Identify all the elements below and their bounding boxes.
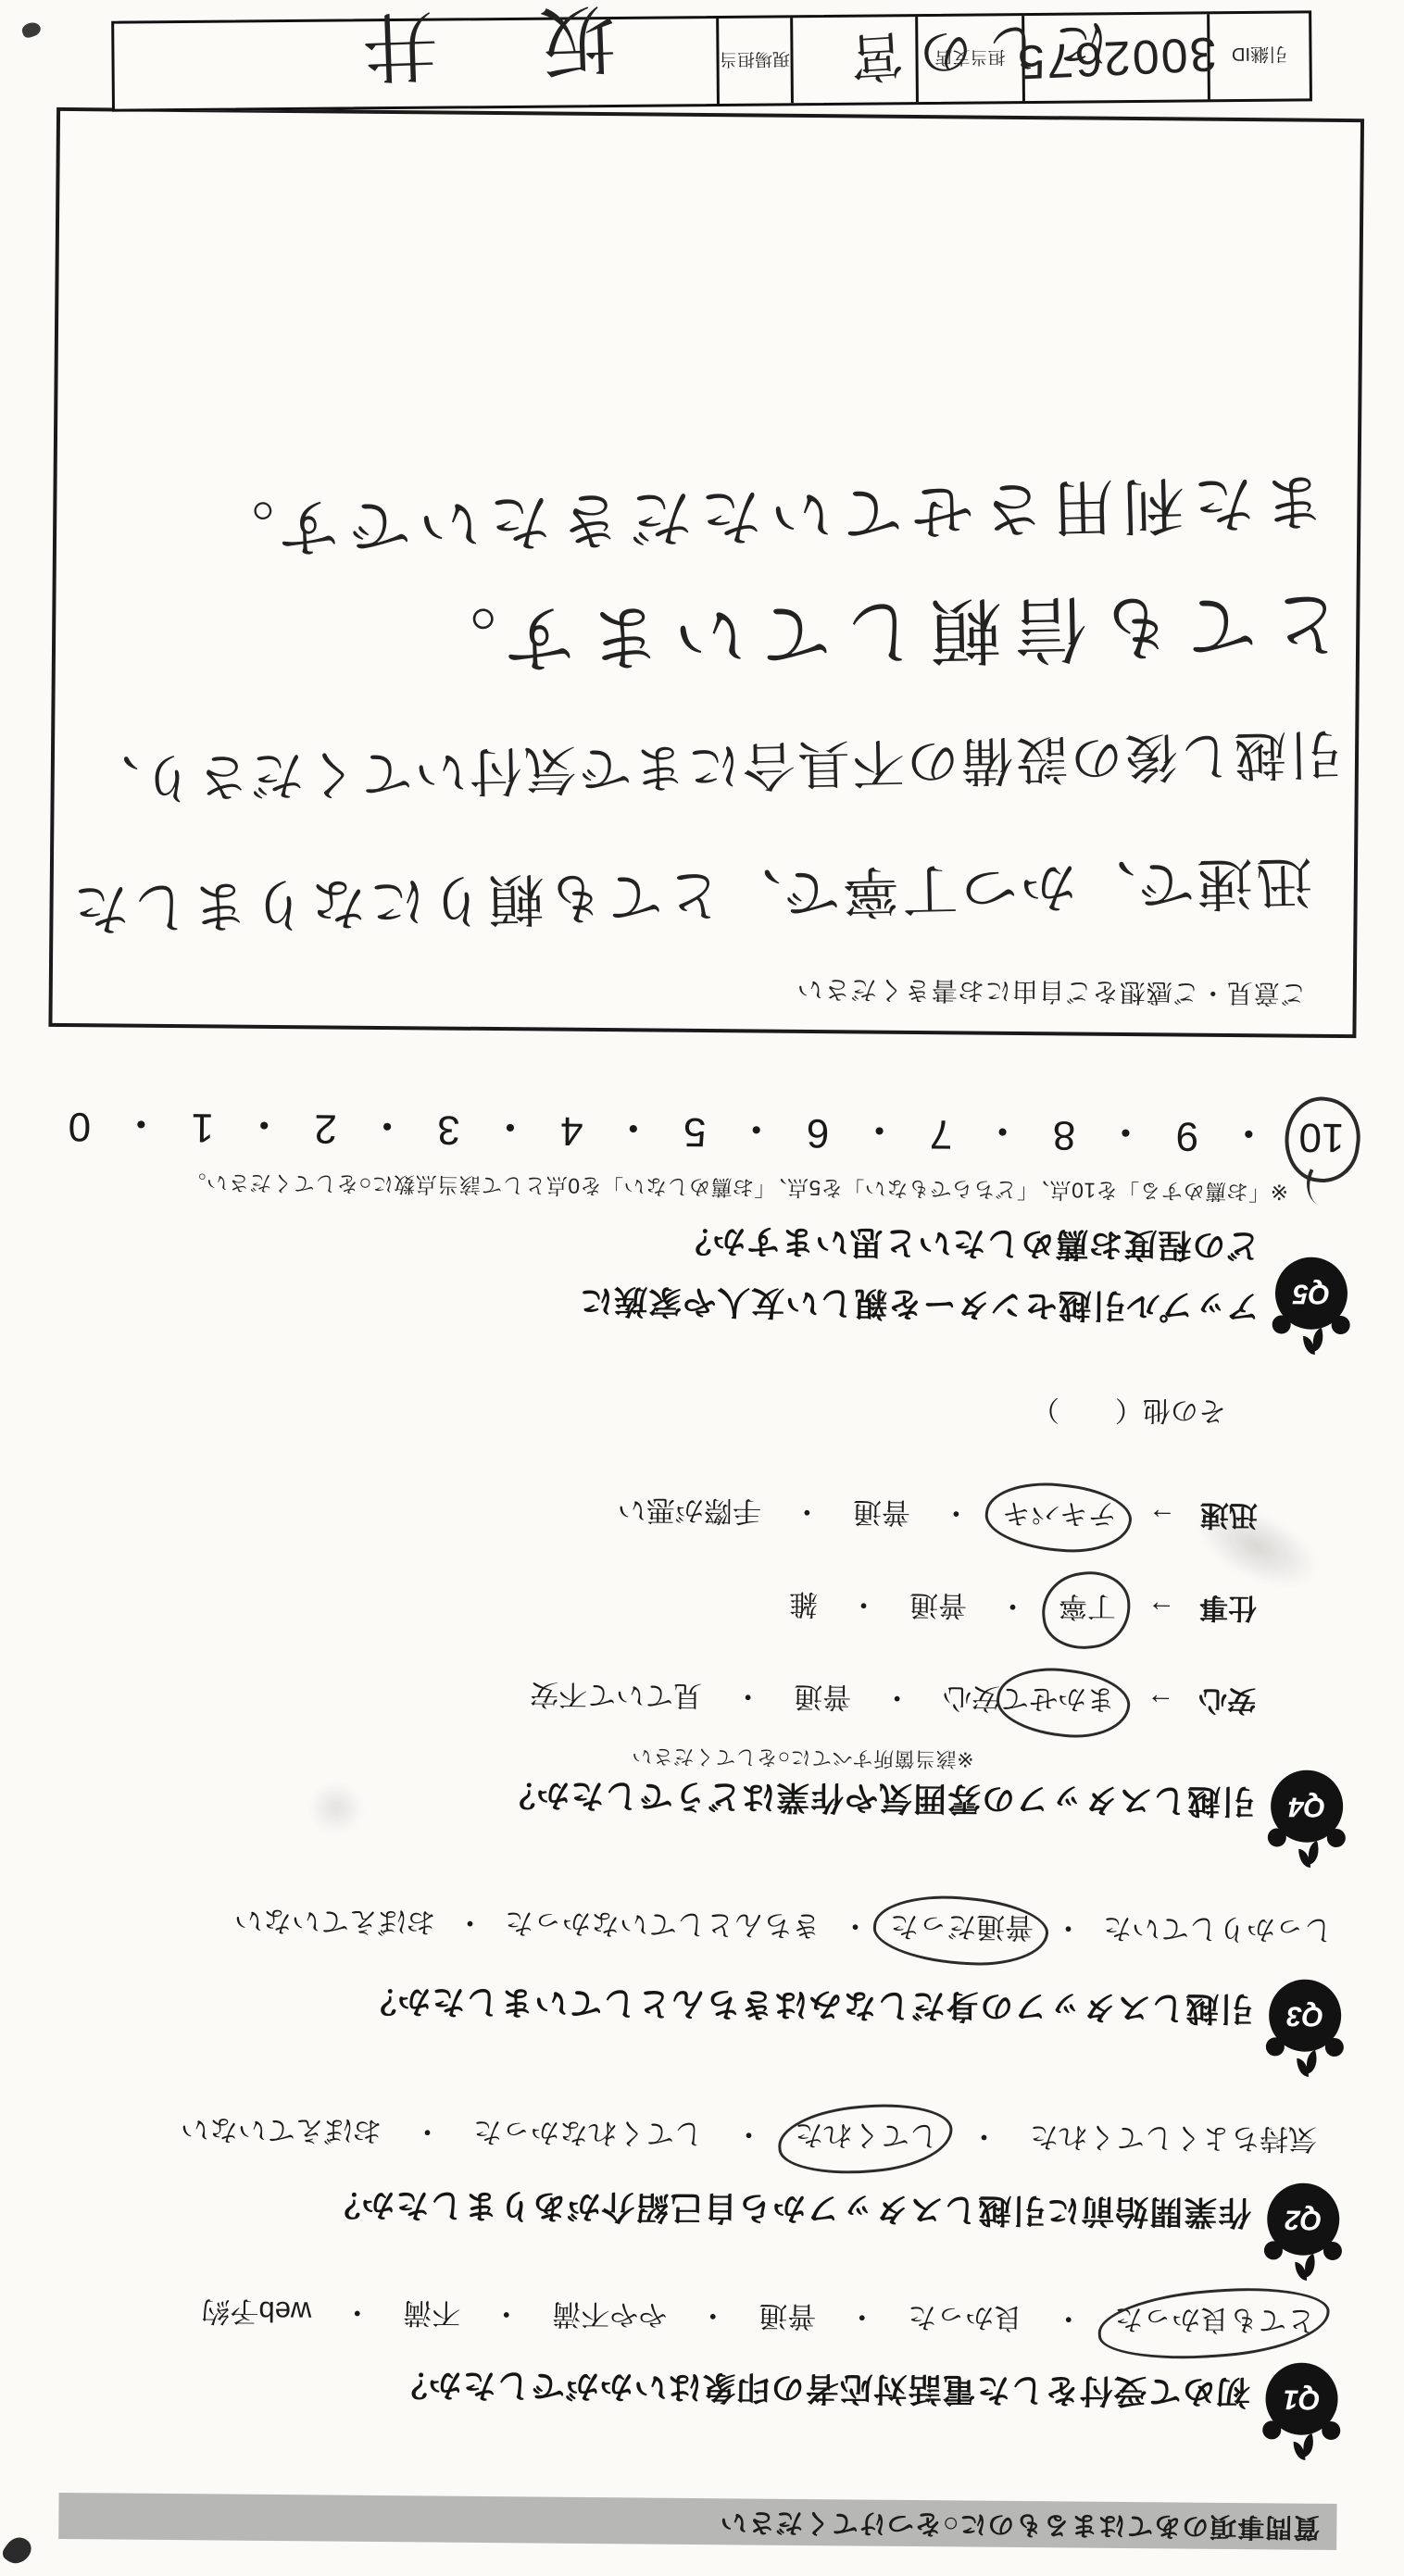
option-label: してくれなかった (473, 2114, 703, 2157)
q4-row3-selected: テキパキ (1002, 1495, 1117, 1538)
option-label: とても良かった (1114, 2303, 1315, 2337)
field-label-hikitsugi-id: 引継ID (1207, 13, 1310, 99)
scale-value: 6 (807, 1109, 830, 1156)
upside-down-sheet: 質問事項のあてはまるものに○をつけてください Q1 初めて受付をした電話対応者の… (0, 0, 1404, 2576)
row-label: 安心 (1198, 1682, 1256, 1725)
q2-options: 気持ちよくしてくれた ・ してくれた ・ してくれなかった ・ おぼえていない (181, 2111, 1317, 2163)
answer-circle (1280, 1093, 1365, 1187)
leaf-icon (1302, 2050, 1322, 2073)
q5-rating-scale: 10 ・ 9 ・ 8 ・ 7 ・ 6 ・ 5 ・ 4 ・ 3 ・ 2 ・ 1 ・… (68, 1096, 1345, 1167)
option-label: してくれた (795, 2119, 938, 2152)
scale-value: 2 (314, 1105, 337, 1151)
q3-badge: Q3 (1269, 1979, 1342, 2052)
q4-badge: Q4 (1271, 1769, 1344, 1843)
q5-note: ※「お薦めする」を10点、「どちらでもない」を5点、「お薦めしない」を0点として… (184, 1169, 1288, 1208)
q3-badge-label: Q3 (1286, 2000, 1323, 2032)
scale-separator: ・ (1228, 1107, 1270, 1166)
scale-value: 8 (1053, 1111, 1076, 1157)
scan-mark (20, 20, 43, 40)
scale-separator: ・ (367, 1099, 408, 1158)
row-label: 仕事 (1199, 1590, 1257, 1632)
leaf-icon (1300, 2254, 1320, 2277)
option-label: 良かった (908, 2299, 1022, 2342)
option-label: しっかりしていた (1103, 1910, 1333, 1954)
arrow-icon: → (1147, 1687, 1174, 1719)
field-value-tanto-shiten: にしの宮 (790, 17, 916, 103)
option-label: きちんとしていなかった (505, 1905, 821, 1949)
scanned-survey-page: 質問事項のあてはまるものに○をつけてください Q1 初めて受付をした電話対応者の… (0, 0, 1404, 2576)
q3-option-selected: 普通だった (890, 1908, 1034, 1951)
scale-separator: ・ (859, 1103, 900, 1162)
scale-value: 5 (683, 1108, 707, 1155)
handwriting-line-2: 引越し後の設備の不具合にまで気付いてくださり、 (84, 719, 1342, 821)
q5-badge: Q5 (1275, 1257, 1348, 1330)
option-label: テキパキ (1002, 1497, 1117, 1531)
handwriting-line-3: とても信頼しています。 (410, 577, 1344, 698)
q1-option-selected: とても良かった (1114, 2301, 1315, 2345)
option-separator: ・ (970, 2119, 998, 2160)
q4-row2-selected: 丁寧 (1059, 1588, 1116, 1631)
handwriting-line-1: 迅速で、かつ丁寧で、とても頼りになりました (69, 845, 1313, 954)
option-label: 普通 (758, 2298, 816, 2341)
option-separator: ・ (942, 1494, 971, 1536)
q4-title: 引越しスタッフの雰囲気や作業はどうでしたか？ (501, 1773, 1255, 1827)
option-label: まかせて安心 (943, 1682, 1115, 1716)
option-label: 見ていて不安 (530, 1676, 702, 1719)
scale-separator: ・ (1105, 1106, 1147, 1165)
scale-separator: ・ (490, 1100, 532, 1159)
option-label: 気持ちよくしてくれた (1030, 2119, 1317, 2163)
scale-separator: ・ (982, 1105, 1023, 1164)
q2-title: 作業開始前に引越しスタッフから自己紹介がありましたか？ (326, 2182, 1251, 2238)
q1-title: 初めて受付をした電話対応者の印象はいかがでしたか？ (393, 2363, 1249, 2418)
option-separator: ・ (492, 2295, 520, 2337)
comment-box: ご意見・ご感想をご自由にお書きください 迅速で、かつ丁寧で、とても頼りになりまし… (48, 107, 1364, 1038)
option-separator: ・ (1054, 2300, 1083, 2342)
option-separator: ・ (847, 2298, 876, 2340)
q2-option-selected: してくれた (795, 2117, 938, 2159)
option-label: 雑 (789, 1586, 818, 1628)
scale-separator: ・ (244, 1098, 285, 1157)
arrow-icon: → (1147, 1594, 1175, 1626)
option-label: 丁寧 (1059, 1590, 1116, 1623)
q3-title: 引越しスタッフの身だしなみはきちんとしていましたか？ (362, 1980, 1253, 2034)
option-label: 普通 (853, 1494, 910, 1536)
option-separator: ・ (841, 1907, 870, 1949)
option-label: おぼえていない (234, 1903, 435, 1946)
option-label: 普通 (909, 1587, 967, 1630)
scan-smudge (308, 1782, 364, 1834)
q4-row-jinsoku: 迅速 → テキパキ ・ 普通 ・ 手際が悪い (618, 1492, 1258, 1539)
q4-other-field: その他（ ） (1032, 1392, 1226, 1434)
option-label: おぼえていない (181, 2111, 382, 2155)
q5-title-line1: アップル引越センターを親しい友人や家族に (579, 1280, 1260, 1332)
leaf-icon (1309, 1328, 1328, 1351)
handover-id-table: 引継ID 3002675 担当支店 にしの宮 現場担当 坂井 (111, 10, 1312, 111)
option-label: 普通 (794, 1679, 851, 1721)
comment-box-label: ご意見・ご感想をご自由にお書きください (796, 972, 1307, 1014)
scale-value: 9 (1175, 1112, 1198, 1158)
field-value-genba-tanto: 坂井 (114, 19, 717, 109)
scale-value: 1 (191, 1104, 214, 1150)
scale-value: 3 (437, 1107, 460, 1153)
option-separator: ・ (698, 2297, 727, 2339)
leaf-icon (1298, 2433, 1318, 2457)
option-separator: ・ (849, 1586, 878, 1628)
scale-value-selected: 10 (1298, 1114, 1344, 1160)
q4-row-shigoto: 仕事 → 丁寧 ・ 普通 ・ 雑 (789, 1586, 1257, 1632)
section-banner: 質問事項のあてはまるものに○をつけてください (58, 2493, 1336, 2550)
option-separator: ・ (883, 1680, 911, 1721)
option-label: 手際が悪い (618, 1492, 761, 1534)
q5-badge-label: Q5 (1293, 1278, 1330, 1309)
option-label: web予約 (201, 2293, 311, 2335)
scale-value: 0 (68, 1103, 91, 1149)
leaf-icon (1304, 1841, 1323, 1864)
option-separator: ・ (793, 1494, 821, 1535)
handwriting-line-4: また利用させていただきたいです。 (204, 461, 1327, 580)
option-separator: ・ (456, 1905, 484, 1946)
q2-badge: Q2 (1267, 2182, 1340, 2256)
scale-separator: ・ (613, 1101, 655, 1160)
arrow-icon: → (1148, 1502, 1176, 1533)
option-separator: ・ (413, 2113, 442, 2155)
option-label: 不満 (403, 2295, 460, 2337)
q4-row-anshin: 安心 → まかせて安心 ・ 普通 ・ 見ていて不安 (530, 1676, 1256, 1724)
q4-note: ※該当箇所すべてに○をしてください (632, 1743, 974, 1774)
option-separator: ・ (998, 1588, 1027, 1630)
scale-separator: ・ (120, 1097, 162, 1157)
option-separator: ・ (734, 2116, 763, 2157)
q3-options: しっかりしていた ・ 普通だった ・ きちんとしていなかった ・ おぼえていない (234, 1903, 1333, 1954)
field-label-genba-tanto: 現場担当 (716, 18, 791, 104)
q4-row1-selected: まかせて安心 (943, 1680, 1115, 1723)
handwritten-name: 坂井 (259, 0, 619, 110)
q2-badge-label: Q2 (1285, 2204, 1322, 2235)
scale-value: 4 (560, 1107, 583, 1154)
scale-value: 7 (930, 1110, 953, 1157)
option-separator: ・ (1054, 1909, 1083, 1951)
q1-badge-label: Q1 (1283, 2383, 1320, 2415)
q5-title-line2: どの程度お薦めしたいと思いますか？ (677, 1219, 1260, 1271)
scale-separator: ・ (735, 1102, 777, 1161)
q4-badge-label: Q4 (1288, 1791, 1325, 1822)
option-separator: ・ (733, 1678, 762, 1719)
option-separator: ・ (343, 2295, 371, 2336)
q1-badge: Q1 (1265, 2362, 1338, 2435)
option-label: 普通だった (890, 1910, 1034, 1944)
scan-mark (0, 2532, 35, 2570)
option-label: やや不満 (552, 2296, 667, 2339)
q1-options: とても良かった ・ 良かった ・ 普通 ・ やや不満 ・ 不満 ・ web予約 (201, 2293, 1315, 2344)
